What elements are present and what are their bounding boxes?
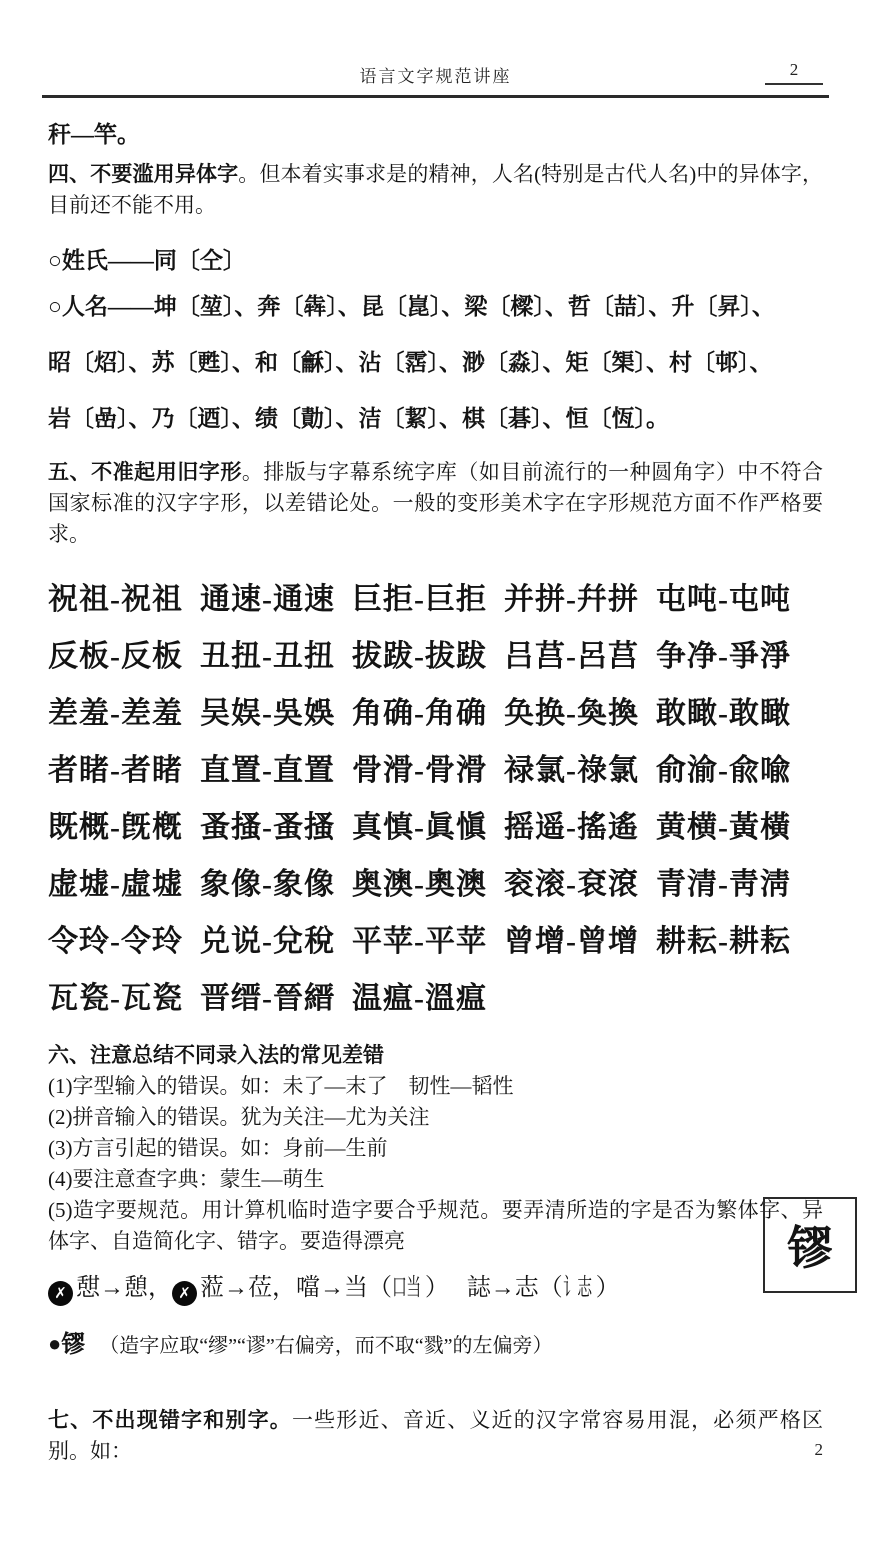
correction-pair-4-suffix: ） — [596, 1275, 620, 1301]
section-4-heading: 四、不要滥用异体字 — [48, 163, 238, 186]
input-error-item: (2)拼音输入的错误。犹为关注—尤为关注 — [48, 1102, 823, 1133]
correction-spacer — [437, 1275, 467, 1301]
surname-example-line: ○姓氏——同〔仝〕 — [48, 242, 823, 275]
liu-character-box: 镠 — [763, 1197, 857, 1293]
glyph-pair-row: 令玲-令玲 兑说-兌稅 平苹-平苹 曾增-曾增 耕耘-耕耘 — [48, 913, 823, 970]
glyph-pair-row: 反板-反板 丑扭-丑扭 拔跋-拔跋 吕莒-呂莒 争净-爭淨 — [48, 628, 823, 685]
section-7-paragraph: 七、不出现错字和别字。一些形近、音近、义近的汉字常容易用混，必须严格区别。如： — [48, 1405, 823, 1467]
correction-pair-1: 憇→憩， — [76, 1275, 172, 1301]
correction-pair-3-suffix: ） — [425, 1275, 437, 1301]
input-error-item: (3)方言引起的错误。如：身前—生前 — [48, 1133, 823, 1164]
glyph-pair-row: 既概-旣槪 蚤搔-蚤搔 真慎-眞愼 摇遥-搖遙 黄横-黃橫 — [48, 799, 823, 856]
given-name-examples: ○人名——坤〔堃〕、奔〔犇〕、昆〔崑〕、梁〔樑〕、哲〔喆〕、升〔昇〕、昭〔炤〕、… — [48, 279, 823, 447]
liu-char-note-line: ●镠（造字应取“缪”“谬”右偏旁，而不取“戮”的左偏旁） — [48, 1324, 823, 1359]
document-body: 秆—竿。 四、不要滥用异体字。但本着实事求是的精神，人名(特别是古代人名)中的异… — [0, 116, 871, 1467]
liu-character-large: 镠 — [787, 1212, 833, 1278]
composed-char-kou-dang: 口当 — [392, 1267, 421, 1302]
error-x-icon: ✗ — [48, 1281, 73, 1306]
section-5-paragraph: 五、不准起用旧字形。排版与字幕系统字库（如目前流行的一种圆角字）中不符合国家标准… — [48, 457, 823, 550]
old-glyph-comparison-table: 祝祖-祝祖 通速-通速 巨拒-巨拒 并拼-幷拼 屯吨-屯吨反板-反板 丑扭-丑扭… — [48, 571, 823, 1027]
section-6-items: (1)字型输入的错误。如：未了—末了 韧性—韬性(2)拼音输入的错误。犹为关注—… — [48, 1071, 823, 1257]
section-6-heading: 六、注意总结不同录入法的常见差错 — [48, 1039, 823, 1069]
composed-char-yan-zhi: 讠志 — [563, 1267, 592, 1302]
glyph-pair-row: 瓦瓷-瓦瓷 晋缙-晉縉 温瘟-溫瘟 — [48, 970, 823, 1027]
error-x-icon: ✗ — [172, 1281, 197, 1306]
given-name-line: 岩〔嵒〕、乃〔迺〕、绩〔勣〕、洁〔絜〕、棋〔碁〕、恒〔恆〕。 — [48, 391, 823, 447]
opening-line: 秆—竿。 — [48, 116, 823, 149]
self-made-char-correction-line: ✗憇→憩，✗蒞→莅，噹→当（口当） 誌→志（讠志） — [48, 1267, 823, 1306]
header-page-number: 2 — [765, 60, 823, 85]
header-title: 语言文字规范讲座 — [0, 62, 871, 87]
liu-note-text: （造字应取“缪”“谬”右偏旁，而不取“戮”的左偏旁） — [99, 1335, 552, 1357]
input-error-item: (1)字型输入的错误。如：未了—末了 韧性—韬性 — [48, 1071, 823, 1102]
footer-page-number: 2 — [815, 1440, 824, 1460]
given-name-line: 昭〔炤〕、苏〔甦〕、和〔龢〕、沾〔霑〕、渺〔淼〕、矩〔榘〕、村〔邨〕、 — [48, 335, 823, 391]
correction-pair-4-prefix: 誌→志（ — [467, 1275, 563, 1301]
header-rule — [42, 95, 829, 98]
liu-character: 镠 — [61, 1332, 85, 1358]
section-7-heading: 七、不出现错字和别字。 — [48, 1409, 292, 1432]
given-name-line: ○人名——坤〔堃〕、奔〔犇〕、昆〔崑〕、梁〔樑〕、哲〔喆〕、升〔昇〕、 — [48, 279, 823, 335]
glyph-pair-row: 差羞-差羞 吴娱-吳娛 角确-角确 奂换-奐換 敢瞰-敢瞰 — [48, 685, 823, 742]
correction-pair-2: 蒞→莅， — [200, 1275, 296, 1301]
glyph-pair-row: 虚墟-虛墟 象像-象像 奥澳-奧澳 衮滚-袞滾 青清-靑淸 — [48, 856, 823, 913]
page-header: 语言文字规范讲座 2 — [0, 62, 871, 92]
glyph-pair-row: 者睹-者睹 直置-直置 骨滑-骨滑 禄氯-祿氯 俞渝-兪喩 — [48, 742, 823, 799]
section-4-paragraph: 四、不要滥用异体字。但本着实事求是的精神，人名(特别是古代人名)中的异体字，目前… — [48, 159, 823, 221]
input-error-item: (5)造字要规范。用计算机临时造字要合乎规范。要弄清所造的字是否为繁体字、异体字… — [48, 1195, 823, 1257]
correction-pair-3-prefix: 噹→当（ — [296, 1275, 392, 1301]
input-error-item: (4)要注意查字典：蒙生—萌生 — [48, 1164, 823, 1195]
bullet-dot-icon: ● — [48, 1331, 61, 1356]
section-5-heading: 五、不准起用旧字形 — [48, 461, 242, 484]
glyph-pair-row: 祝祖-祝祖 通速-通速 巨拒-巨拒 并拼-幷拼 屯吨-屯吨 — [48, 571, 823, 628]
